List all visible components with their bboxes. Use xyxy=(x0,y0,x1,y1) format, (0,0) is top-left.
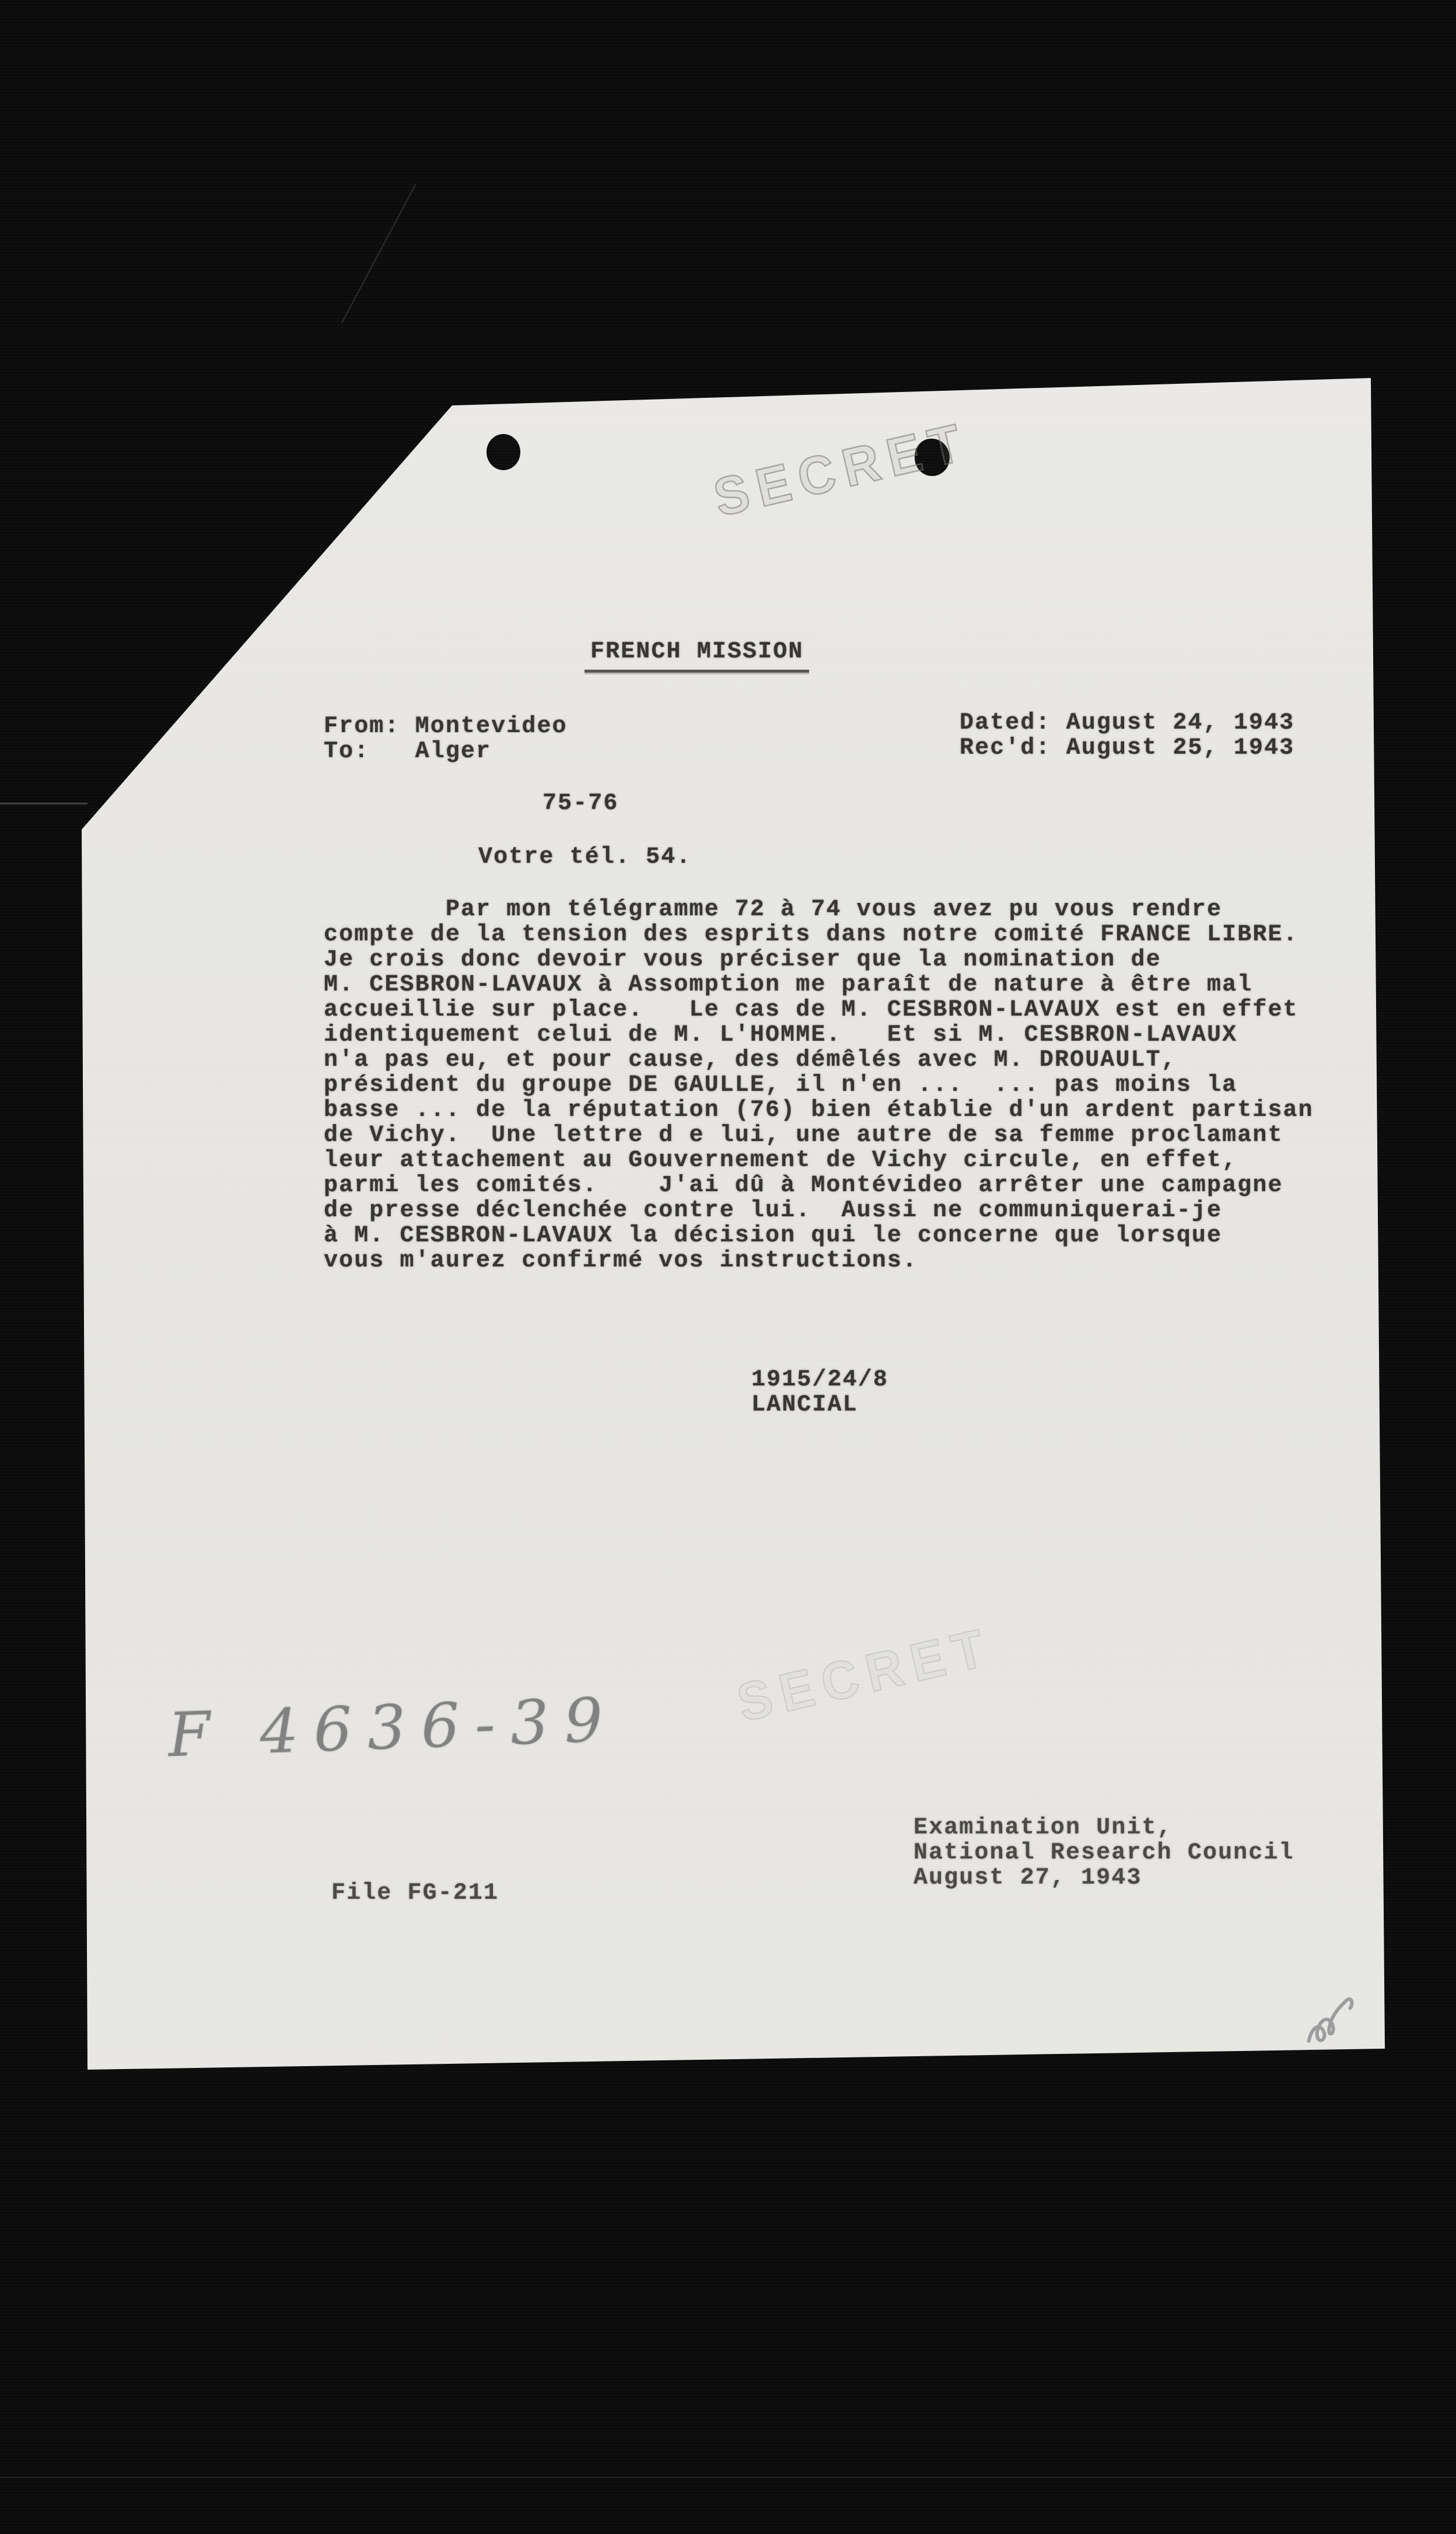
reference-line: Votre tél. 54. xyxy=(478,845,691,870)
corner-scribble xyxy=(1289,1966,1382,2064)
film-scratch-bottom xyxy=(0,2477,1456,2478)
from-to-field: From: Montevideo To: Alger xyxy=(324,714,568,764)
secret-stamp-top: SECRET xyxy=(708,411,975,529)
message-body: Par mon télégramme 72 à 74 vous avez pu … xyxy=(324,897,1314,1273)
handwritten-file-reference: F 4636-39 xyxy=(167,1684,619,1771)
telegram-number: 75-76 xyxy=(542,791,619,816)
file-number-line: File FG-211 xyxy=(331,1881,499,1906)
document-title: FRENCH MISSION xyxy=(584,639,809,673)
examination-unit-block: Examination Unit, National Research Coun… xyxy=(914,1815,1294,1891)
paper-sheet: SECRET SECRET FRENCH MISSION From: Monte… xyxy=(0,0,1456,2534)
secret-stamp-bottom: SECRET xyxy=(731,1616,999,1734)
scanned-telegram-page: SECRET SECRET FRENCH MISSION From: Monte… xyxy=(0,0,1456,2534)
signature-block: 1915/24/8 LANCIAL xyxy=(751,1367,888,1417)
film-scratch-left xyxy=(0,803,87,804)
dated-received-field: Dated: August 24, 1943 Rec'd: August 25,… xyxy=(960,710,1294,761)
punch-hole-left xyxy=(487,434,520,470)
film-scratch-top xyxy=(341,184,416,323)
